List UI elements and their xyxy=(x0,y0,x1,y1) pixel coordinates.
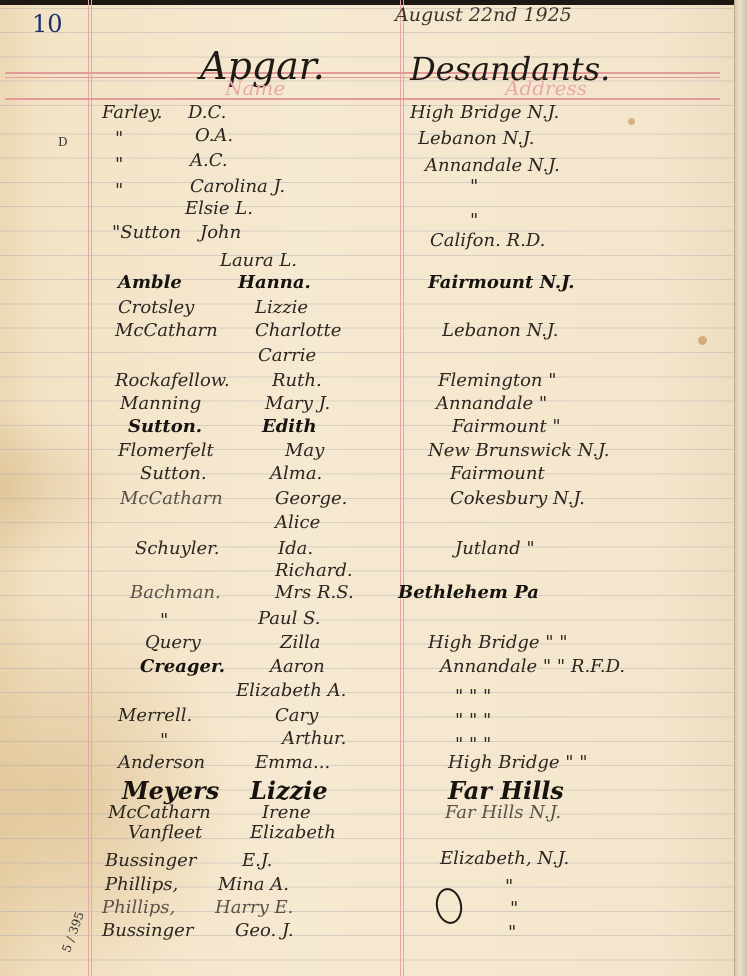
address: Fairmount " xyxy=(452,416,561,437)
given-name: Lizzie xyxy=(255,297,308,318)
given-name: Zilla xyxy=(280,632,321,653)
given-name: Edith xyxy=(262,416,317,437)
address: Flemington " xyxy=(438,370,557,391)
given-name: Elizabeth xyxy=(250,822,336,843)
given-name: O.A. xyxy=(195,125,233,146)
surname: Farley. xyxy=(102,102,163,123)
address: Elizabeth, N.J. xyxy=(440,848,569,869)
book-edge-right xyxy=(734,0,747,976)
given-name: Elizabeth A. xyxy=(236,680,346,701)
surname: Anderson xyxy=(118,752,205,773)
address: Bethlehem Pa xyxy=(398,582,539,603)
address: Lebanon N.J. xyxy=(418,128,534,149)
foxing-stain xyxy=(698,336,707,345)
entry-date: August 22nd 1925 xyxy=(395,4,572,26)
address: Annandale " xyxy=(436,393,547,414)
given-name: Paul S. xyxy=(258,608,321,629)
address: Cokesbury N.J. xyxy=(450,488,585,509)
address: Annandale N.J. xyxy=(425,155,560,176)
given-name: Lizzie xyxy=(250,776,328,805)
address: Fairmount xyxy=(450,463,545,484)
surname: Bussinger xyxy=(102,920,193,941)
address: " xyxy=(508,922,516,943)
address: High Bridge " " xyxy=(448,752,588,773)
surname: Amble xyxy=(118,272,182,293)
surname: Schuyler. xyxy=(135,538,220,559)
column-header-address: Address xyxy=(505,76,587,100)
surname: Manning xyxy=(120,393,201,414)
given-name: Mina A. xyxy=(218,874,289,895)
surname: Merrell. xyxy=(118,705,192,726)
surname: Sutton. xyxy=(140,463,207,484)
given-name: Alice xyxy=(275,512,320,533)
header-rule-bottom xyxy=(5,98,720,100)
given-name: Elsie L. xyxy=(185,198,253,219)
left-margin-rule-2 xyxy=(91,0,92,976)
address: Annandale " " R.F.D. xyxy=(440,656,625,677)
column-header-name: Name xyxy=(225,76,285,100)
given-name: Carolina J. xyxy=(190,176,285,197)
given-name: Mrs R.S. xyxy=(275,582,354,603)
given-name: Mary J. xyxy=(265,393,330,414)
given-name: Cary xyxy=(275,705,318,726)
given-name: Laura L. xyxy=(220,250,297,271)
given-name: Charlotte xyxy=(255,320,341,341)
given-name: Hanna. xyxy=(238,272,311,293)
given-name: John xyxy=(200,222,241,243)
given-name: A.C. xyxy=(190,150,228,171)
address: Lebanon N.J. xyxy=(442,320,558,341)
surname: " xyxy=(160,730,168,751)
surname: Phillips, xyxy=(105,874,178,895)
surname: Meyers xyxy=(122,776,219,805)
foxing-stain xyxy=(628,118,635,125)
address: " xyxy=(470,210,478,231)
address: " " " xyxy=(455,710,491,731)
address: " xyxy=(510,898,518,919)
given-name: Arthur. xyxy=(282,728,346,749)
address: Far Hills xyxy=(448,776,564,805)
surname: Flomerfelt xyxy=(118,440,214,461)
column-divider-rule-2 xyxy=(403,0,404,976)
address: " xyxy=(505,876,513,897)
address: Califon. R.D. xyxy=(430,230,545,251)
address: Far Hills N.J. xyxy=(445,802,561,823)
surname: Vanfleet xyxy=(128,822,202,843)
address: Fairmount N.J. xyxy=(428,272,575,293)
given-name: May xyxy=(285,440,324,461)
surname: "Sutton xyxy=(112,222,181,243)
column-divider-rule xyxy=(400,0,401,976)
surname: " xyxy=(160,610,168,631)
margin-mark: D xyxy=(58,135,68,149)
surname: Bachman. xyxy=(130,582,221,603)
given-name: Alma. xyxy=(270,463,322,484)
surname: Rockafellow. xyxy=(115,370,230,391)
surname: " xyxy=(115,180,123,201)
given-name: Richard. xyxy=(275,560,353,581)
address: High Bridge N.J. xyxy=(410,102,559,123)
given-name: Geo. J. xyxy=(235,920,294,941)
given-name: E.J. xyxy=(242,850,272,871)
surname: McCatharn xyxy=(108,802,211,823)
header-rule-top xyxy=(5,72,720,74)
address: New Brunswick N.J. xyxy=(428,440,610,461)
surname: Crotsley xyxy=(118,297,194,318)
surname: McCatharn xyxy=(115,320,218,341)
surname: Phillips, xyxy=(102,897,175,918)
address: High Bridge " " xyxy=(428,632,568,653)
ledger-page: 10 August 22nd 1925 Apgar. Desandants. N… xyxy=(0,0,747,976)
given-name: Carrie xyxy=(258,345,316,366)
given-name: Ruth. xyxy=(272,370,322,391)
surname: McCatharn xyxy=(120,488,223,509)
given-name: D.C. xyxy=(188,102,226,123)
address: Jutland " xyxy=(455,538,535,559)
page-number: 10 xyxy=(32,10,63,38)
ruled-lines xyxy=(0,0,735,976)
surname: Creager. xyxy=(140,656,225,677)
given-name: Emma... xyxy=(255,752,330,773)
given-name: Harry E. xyxy=(215,897,293,918)
given-name: Aaron xyxy=(270,656,325,677)
surname: Bussinger xyxy=(105,850,196,871)
surname: Sutton. xyxy=(128,416,202,437)
address: " xyxy=(470,176,478,197)
given-name: Ida. xyxy=(278,538,313,559)
surname: Query xyxy=(145,632,201,653)
header-rule-top-2 xyxy=(5,77,720,78)
given-name: Irene xyxy=(262,802,311,823)
given-name: George. xyxy=(275,488,347,509)
surname: " xyxy=(115,128,123,149)
surname: " xyxy=(115,154,123,175)
address: " " " xyxy=(455,686,491,707)
left-margin-rule xyxy=(88,0,89,976)
